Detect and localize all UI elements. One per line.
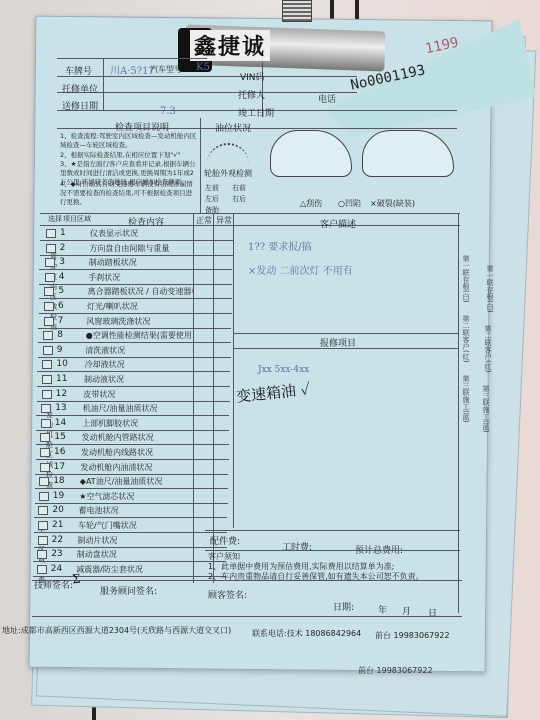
table-row-divider (36, 459, 229, 460)
repair-items-line-1: Jxx 5xx-4xx (258, 365, 309, 375)
row-content: 方向盘自由间隙与重量 (89, 243, 169, 254)
row-checkbox[interactable] (42, 390, 52, 399)
table-row-divider (39, 298, 232, 299)
row-number: 6 (58, 301, 64, 311)
row-number: 22 (52, 535, 63, 545)
instructions-item-1: 1、检查流程:驾驶室内区域检查—发动机舱内区域检查—车轮区域检查。 (60, 132, 198, 150)
advisor-signature-label: 服务顾问签名: (100, 584, 157, 597)
row-checkbox[interactable] (42, 375, 52, 384)
row-number: 5 (58, 286, 64, 296)
date-field-label: 日期: (333, 600, 354, 613)
clip-spring (282, 0, 312, 22)
row-checkbox[interactable] (41, 404, 51, 413)
row-number: 20 (52, 505, 63, 515)
row-content: 减震器/防尘套状况 (76, 564, 143, 575)
table-row-divider (37, 386, 230, 387)
row-content: 发动机舱内线路状况 (81, 447, 153, 458)
row-number: 19 (53, 491, 64, 501)
row-content: 皮带状况 (83, 389, 115, 400)
row-content: ◆AT油尺/油量油质状况 (80, 476, 163, 487)
row-checkbox[interactable] (39, 492, 49, 501)
legend-broken: ×破裂(缺装) (370, 198, 415, 209)
tyre-left-front: 左前 (205, 183, 219, 193)
row-checkbox[interactable] (44, 317, 54, 326)
row-number: 4 (59, 272, 65, 282)
row-content: 制动踏板状况 (89, 257, 137, 268)
customer-description-line-2: ×发动 二前次灯 不用有 (248, 262, 353, 277)
copy-label-second: 第二联客户(红) (461, 315, 471, 362)
table-row-divider (36, 444, 229, 445)
row-content: 制动液状况 (84, 374, 124, 385)
row-number: 11 (56, 374, 67, 384)
row-checkbox[interactable] (46, 229, 56, 238)
row-checkbox[interactable] (44, 302, 54, 311)
col-area: 项目区域 (63, 214, 91, 224)
plate-label: 车牌号 (65, 64, 92, 77)
col-content: 检查内容 (128, 215, 164, 228)
row-content: 车轮/气门嘴状况 (78, 520, 137, 531)
table-row-divider (35, 474, 228, 475)
row-checkbox[interactable] (38, 521, 48, 530)
unit-label: 托修单位 (62, 82, 98, 95)
row-number: 1 (60, 228, 66, 238)
table-row-divider (37, 401, 230, 402)
instructions-item-4: 4、◆对自动式自动变速器车辆没有出现渗漏情况不需要检查的检查结果,可不根据检查项… (60, 180, 198, 207)
row-checkbox[interactable] (37, 550, 47, 559)
row-content: 蓄电池状况 (79, 505, 119, 516)
date-label: 送修日期 (62, 99, 98, 112)
table-row-divider (39, 269, 232, 270)
repair-items-title: 报修项目 (320, 336, 356, 349)
row-checkbox[interactable] (46, 244, 56, 253)
table-row-divider (38, 357, 231, 358)
row-content: 制动盘状况 (77, 549, 117, 560)
row-number: 17 (54, 462, 65, 472)
row-content: 灯光/喇叭状况 (87, 301, 138, 312)
row-checkbox[interactable] (37, 565, 47, 574)
row-content: 上部机脚胶状况 (82, 418, 138, 429)
row-checkbox[interactable] (42, 360, 52, 369)
tyre-title: 轮胎外观检测 (204, 168, 252, 179)
row-content: ●空调性能检测结果(需要使用空调的天气) (86, 330, 191, 341)
row-content: 仪表显示状况 (90, 228, 138, 239)
row-content: 冷却液状况 (85, 359, 125, 370)
col-normal: 正常 (196, 215, 212, 226)
table-row-divider (40, 255, 233, 256)
row-number: 2 (60, 243, 66, 253)
legend-dent: ○凹陷 (338, 198, 361, 209)
row-number: 16 (54, 447, 65, 457)
table-row-divider (33, 576, 226, 577)
plate-value: 川A·5?1? (110, 62, 154, 77)
tyre-right-rear: 右后 (232, 194, 246, 204)
customer-description-title: 客户描述 (320, 217, 356, 230)
customer-description-line-1: 1?? 要求报/搞 (248, 238, 312, 253)
row-content: 离合器踏板状况 / 自动变速器检测进档手柄状态 (88, 286, 193, 297)
finish-label: 竣工日期 (238, 106, 274, 119)
row-checkbox[interactable] (45, 258, 55, 267)
table-row-divider (38, 342, 231, 343)
row-content: 风窗玻璃洗涤状况 (86, 316, 150, 327)
back-sheet-front-desk: 前台 19983067922 (358, 665, 433, 676)
date-day: 日 (428, 606, 437, 619)
row-number: 7 (58, 316, 64, 326)
company-title: 鑫捷诚 (190, 30, 270, 61)
phone-label: 电话 (318, 92, 336, 105)
table-row-divider (36, 430, 229, 431)
row-checkbox[interactable] (39, 477, 49, 486)
labor-fee-label: 工时费: (282, 540, 312, 553)
row-number: 18 (53, 476, 64, 486)
model-label: 汽车型号 (150, 64, 182, 75)
table-row-divider (34, 547, 227, 548)
row-number: 8 (57, 330, 63, 340)
row-number: 13 (55, 403, 66, 413)
row-number: 12 (56, 389, 67, 399)
legend-scratch: △刮伤 (300, 198, 322, 209)
back-copy-label-first: 第一联存根(白) (485, 265, 495, 312)
row-checkbox[interactable] (45, 273, 55, 282)
row-content: 机油尺/油量油质状况 (83, 403, 158, 414)
row-checkbox[interactable] (44, 287, 54, 296)
row-number: 23 (51, 549, 62, 559)
row-content: 手刹状况 (88, 272, 120, 283)
row-checkbox[interactable] (40, 448, 50, 457)
copy-label-third: 第三联施工(蓝) (461, 375, 471, 422)
row-content: 清洗液状况 (85, 345, 125, 356)
row-content: ★空气滤芯状况 (79, 491, 134, 502)
tyre-left-rear: 左后 (205, 194, 219, 204)
row-number: 9 (57, 345, 63, 355)
technician-signature-label: 技师签名: (34, 578, 73, 591)
row-checkbox[interactable] (41, 419, 51, 428)
table-row-divider (39, 313, 232, 314)
row-number: 24 (51, 564, 62, 574)
technician-signature: Ʃ (71, 572, 81, 587)
back-copy-label-second: 第二联客户(红) (483, 325, 493, 372)
row-content: 制动片状况 (77, 535, 117, 546)
row-number: 3 (59, 257, 65, 267)
row-checkbox[interactable] (43, 331, 53, 340)
table-row-divider (34, 532, 227, 533)
table-row-divider (38, 328, 231, 329)
table-row-divider (33, 561, 226, 562)
copy-label-first: 第一联存根(白) (461, 255, 471, 302)
fuel-title: 油位状况 (215, 121, 251, 134)
row-checkbox[interactable] (38, 506, 48, 515)
row-number: 14 (55, 418, 66, 428)
table-row-divider (34, 517, 227, 518)
table-row-divider (40, 240, 233, 241)
row-checkbox[interactable] (40, 433, 50, 442)
date-year: 年 (378, 603, 387, 616)
parts-fee-label: 配件费: (210, 534, 240, 547)
col-abnormal: 异常 (216, 215, 232, 226)
row-number: 15 (54, 432, 65, 442)
row-checkbox[interactable] (40, 463, 50, 472)
table-row-divider (37, 371, 230, 372)
footer-contact: 联系电话:技术 18086842964 (252, 628, 361, 639)
row-content: 发动机舱内油渍状况 (80, 462, 152, 473)
customer-signature-label: 顾客签名: (208, 588, 247, 601)
tyre-right-front: 右前 (232, 183, 246, 193)
footer-address: 地址:成都市高新西区西源大道2304号(天欣路与西源大道交叉口) (2, 625, 231, 636)
footer-front-desk: 前台 19983067922 (375, 630, 450, 641)
vin-label: VIN码 (240, 70, 265, 83)
table-row-divider (35, 503, 228, 504)
col-select: 选择 (48, 214, 62, 224)
row-number: 10 (56, 359, 67, 369)
row-content: 发动机舱内管路状况 (82, 432, 154, 443)
table-row-divider (35, 488, 228, 489)
date-value: 7.3 (160, 106, 176, 117)
model-value: K5 (196, 62, 210, 73)
row-checkbox[interactable] (43, 346, 53, 355)
person-label: 托修人 (238, 88, 265, 101)
row-checkbox[interactable] (38, 536, 48, 545)
table-row-divider (36, 415, 229, 416)
row-number: 21 (52, 520, 63, 530)
instructions-item-2: 2、根据实际检查结果,在相应位置下划"√" (60, 151, 198, 160)
back-copy-label-third: 第三联施工(蓝) (481, 385, 491, 432)
table-row-divider (39, 284, 232, 285)
